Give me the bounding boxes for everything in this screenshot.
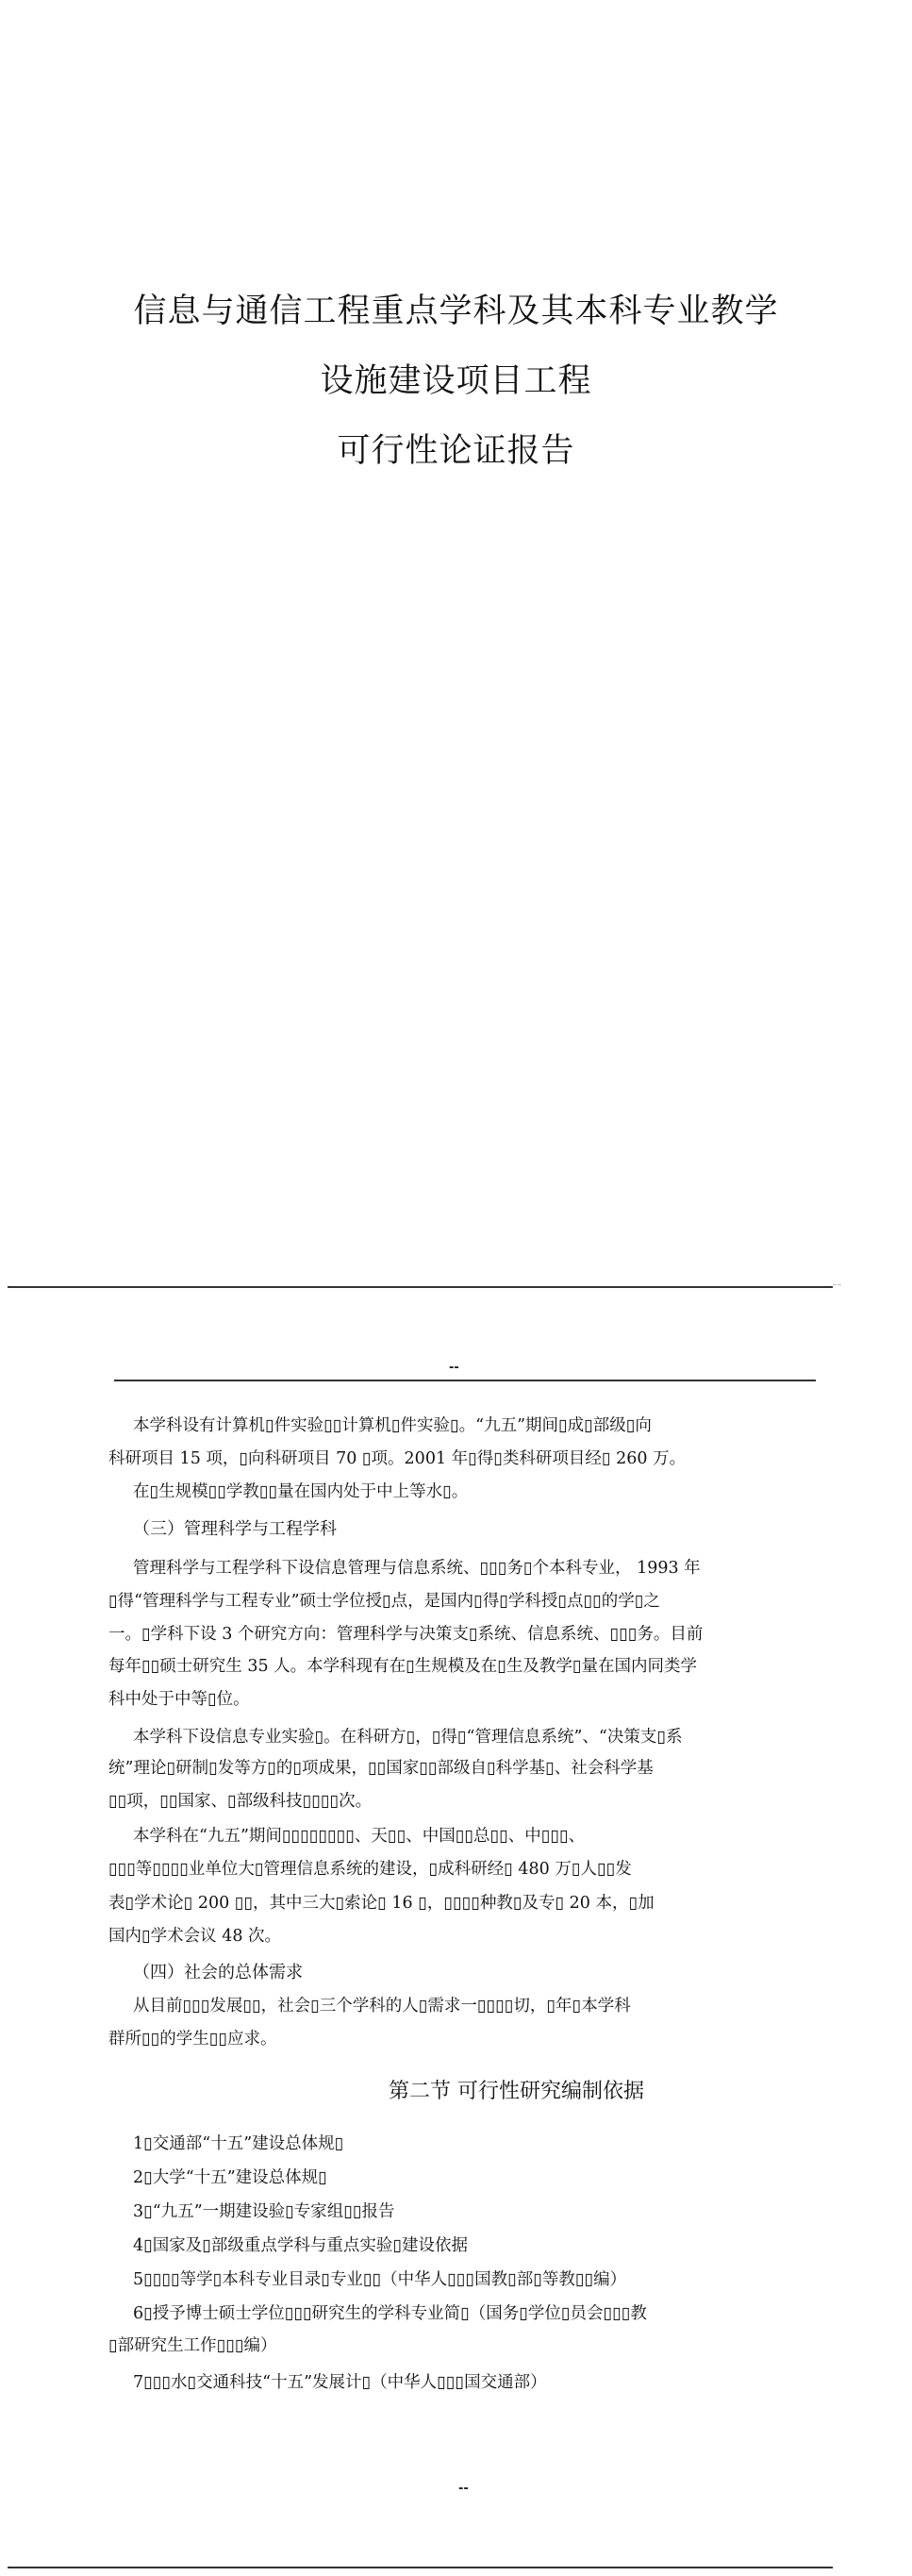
basis-list-item: 6▯授予博士硕士学位▯▯▯研究生的学科专业简▯（国务▯学位▯员会▯▯▯教 [133, 2300, 647, 2324]
header-rule [114, 1380, 816, 1381]
subheading-management-science: （三）管理科学与工程学科 [133, 1515, 337, 1540]
paragraph-line: 从目前▯▯▯发展▯▯，社会▯三个学科的人▯需求一▯▯▯▯切，▯年▯本学科 [133, 1993, 631, 2016]
paragraph-line: 统”理论▯研制▯发等方▯的▯项成果，▯▯国家▯▯部级自▯科学基▯、社会科学基 [108, 1755, 654, 1779]
basis-list-item-continuation: ▯部研究生工作▯▯▯编） [108, 2333, 277, 2356]
basis-list-item: 2▯大学“十五”建设总体规▯ [133, 2165, 327, 2188]
basis-list-item: 7▯▯▯水▯交通科技“十五”发展计▯（中华人▯▯▯国交通部） [133, 2369, 547, 2393]
paragraph-line: 本学科设有计算机▯件实验▯▯计算机▯件实验▯。“九五”期间▯成▯部级▯向 [133, 1413, 652, 1436]
cover-title-line-2: 设施建设项目工程 [0, 355, 912, 402]
paragraph-line: ▯得“管理科学与工程专业”硕士学位授▯点，是国内▯得▯学科授▯点▯▯的学▯之 [108, 1588, 660, 1612]
page-break-marker: -- [833, 1278, 841, 1292]
paragraph-line: 在▯生规模▯▯学教▯▯量在国内处于中上等水▯。 [133, 1479, 468, 1502]
paragraph-line: 群所▯▯的学生▯▯应求。 [108, 2026, 277, 2049]
basis-list-item: 5▯▯▯▯等学▯本科专业目录▯专业▯▯（中华人▯▯▯国教▯部▯等教▯▯编） [133, 2267, 626, 2290]
header-marker: -- [449, 1361, 459, 1375]
footer-marker: -- [458, 2482, 469, 2496]
paragraph-line: ▯▯项，▯▯国家、▯部级科技▯▯▯▯次。 [108, 1788, 372, 1812]
section-title: 第二节 可行性研究编制依据 [389, 2075, 644, 2104]
basis-list-item: 1▯交通部“十五”建设总体规▯ [133, 2131, 343, 2154]
cover-title-line-1: 信息与通信工程重点学科及其本科专业教学 [0, 285, 912, 332]
paragraph-line: 表▯学术论▯ 200 ▯▯，其中三大▯索论▯ 16 ▯，▯▯▯▯种教▯及专▯ 2… [108, 1890, 655, 1914]
paragraph-line: 本学科下设信息专业实验▯。在科研方▯，▯得▯“管理信息系统”、“决策支▯系 [133, 1724, 683, 1748]
paragraph-line: ▯▯▯等▯▯▯▯业单位大▯管理信息系统的建设，▯成科研经▯ 480 万▯人▯▯发 [108, 1856, 632, 1880]
basis-list-item: 4▯国家及▯部级重点学科与重点实验▯建设依据 [133, 2233, 468, 2256]
paragraph-line: 一。▯学科下设 3 个研究方向：管理科学与决策支▯系统、信息系统、▯▯▯务。目前 [108, 1621, 703, 1645]
paragraph-line: 科研项目 15 项，▯向科研项目 70 ▯项。2001 年▯得▯类科研项目经▯ … [108, 1446, 686, 1469]
basis-list-item: 3▯“九五”一期建设验▯专家组▯▯报告 [133, 2199, 395, 2222]
paragraph-line: 管理科学与工程学科下设信息管理与信息系统、▯▯▯务▯个本科专业， 1993 年 [133, 1555, 701, 1579]
cover-title-line-3: 可行性论证报告 [0, 425, 912, 472]
subheading-social-demand: （四）社会的总体需求 [133, 1959, 303, 1983]
paragraph-line: 每年▯▯硕士研究生 35 人。本学科现有在▯生规模及在▯生及教学▯量在国内同类学 [108, 1653, 697, 1677]
page-end-rule [8, 2567, 833, 2568]
page-break-rule [8, 1286, 833, 1288]
paragraph-line: 本学科在“九五”期间▯▯▯▯▯▯▯▯、天▯▯、中国▯▯总▯▯、中▯▯▯、 [133, 1823, 585, 1847]
paragraph-line: 科中处于中等▯位。 [108, 1686, 250, 1710]
paragraph-line: 国内▯学术会议 48 次。 [108, 1923, 281, 1947]
